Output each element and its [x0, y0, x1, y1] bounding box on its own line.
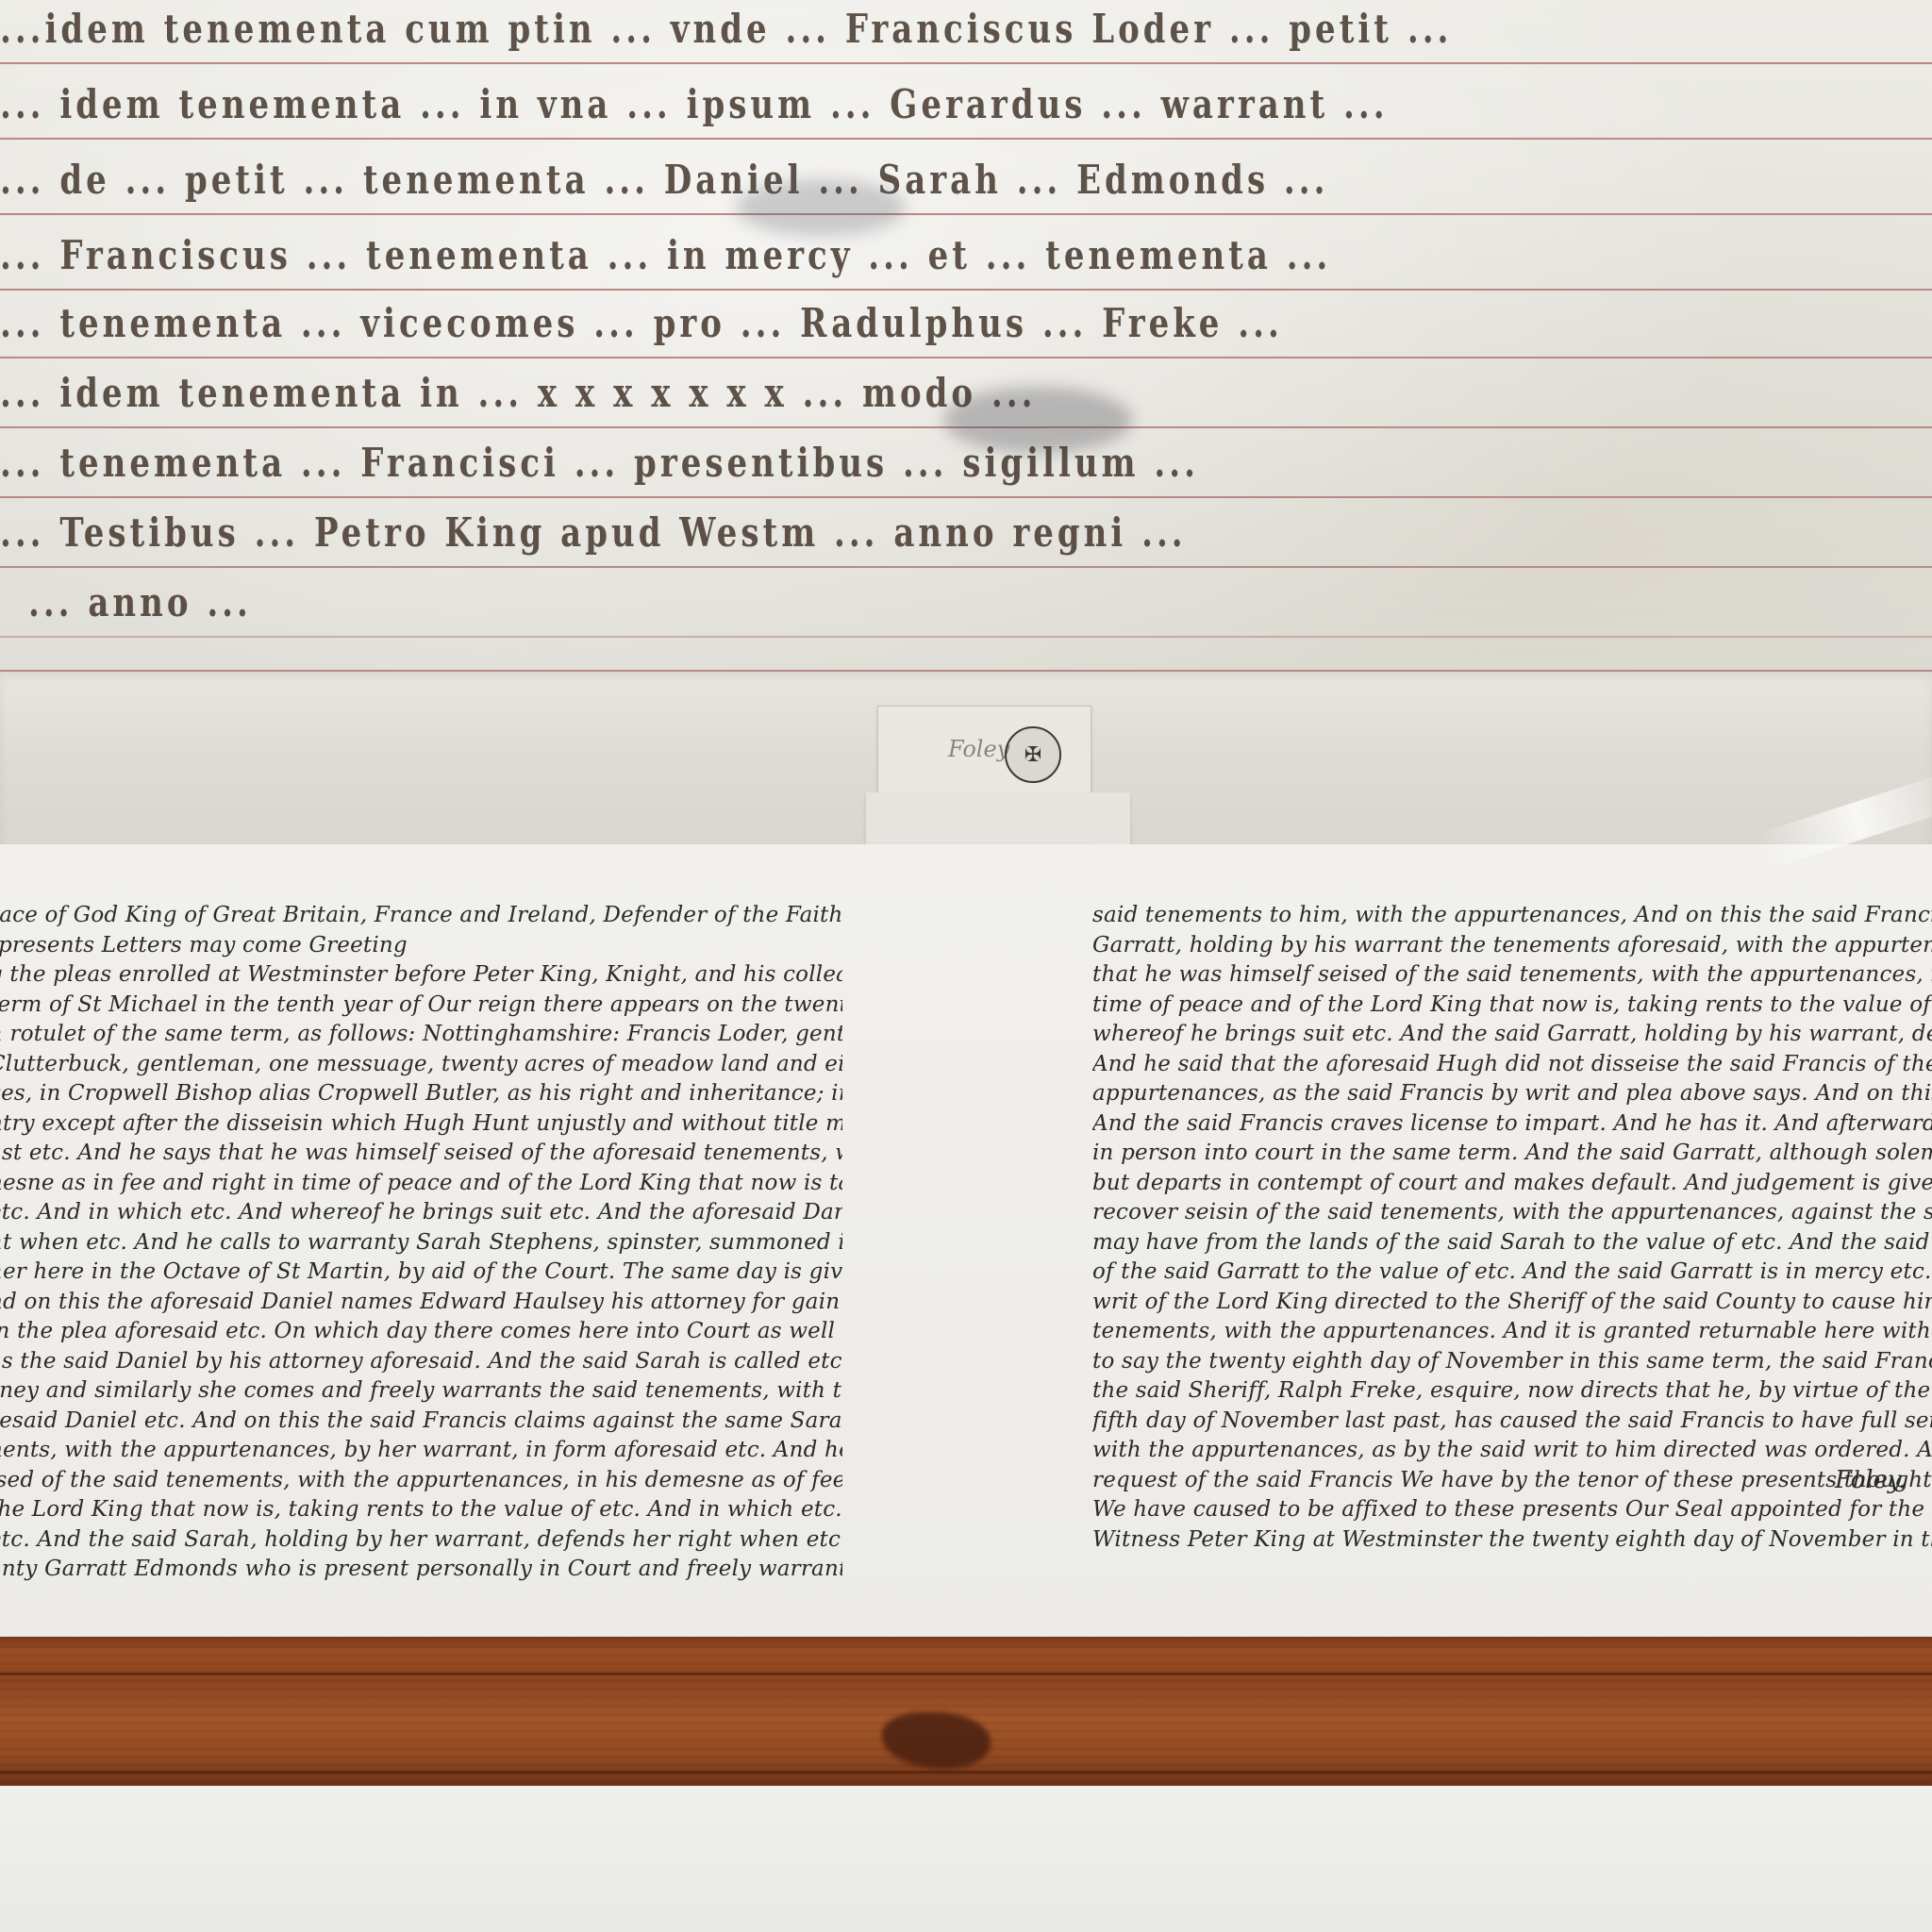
translation-line: in the plea aforesaid etc. On which day …: [0, 1317, 842, 1347]
latin-line-text: ...idem tenementa cum ptin ... vnde ... …: [0, 6, 1452, 53]
translation-line: race of God King of Great Britain, Franc…: [0, 901, 842, 931]
translation-line: writ of the Lord King directed to the Sh…: [1092, 1288, 1932, 1318]
translation-line: term of St Michael in the tenth year of …: [0, 991, 842, 1021]
clerk-signature: Foley.: [1835, 1466, 1906, 1494]
translation-line: nesne as in fee and right in time of pea…: [0, 1169, 842, 1199]
translation-line: ht when etc. And he calls to warranty Sa…: [0, 1228, 842, 1258]
tag-inscription: Foley: [948, 736, 1009, 762]
translation-right-column: said tenements to him, with the appurten…: [1092, 901, 1932, 1555]
translation-line: etc. And the said Sarah, holding by her …: [0, 1525, 842, 1556]
translation-line: but departs in contempt of court and mak…: [1092, 1169, 1932, 1199]
latin-line: ...idem tenementa cum ptin ... vnde ... …: [0, 0, 1932, 64]
latin-line: ... Testibus ... Petro King apud Westm .…: [0, 492, 1932, 568]
translation-line: nd on this the aforesaid Daniel names Ed…: [0, 1288, 842, 1318]
frame-groove: [0, 1673, 1932, 1675]
wall: [0, 1786, 1932, 1932]
translation-left-column: race of God King of Great Britain, Franc…: [0, 901, 842, 1585]
translation-line: the Lord King that now is, taking rents …: [0, 1495, 842, 1525]
translation-line: presents Letters may come Greeting: [0, 931, 842, 961]
translation-line: nents, with the appurtenances, by her wa…: [0, 1436, 842, 1466]
latin-line: ... tenementa ... vicecomes ... pro ... …: [0, 283, 1932, 358]
translation-line: fifth day of November last past, has cau…: [1092, 1407, 1932, 1437]
translation-line: tenements, with the appurtenances. And i…: [1092, 1317, 1932, 1347]
translation-line: of the said Garratt to the value of etc.…: [1092, 1257, 1932, 1288]
latin-line: ... de ... petit ... tenementa ... Danie…: [0, 140, 1932, 215]
translation-line: the said Sheriff, Ralph Freke, esquire, …: [1092, 1376, 1932, 1407]
translation-line: anty Garratt Edmonds who is present pers…: [0, 1555, 842, 1585]
latin-line-text: ... Testibus ... Petro King apud Westm .…: [0, 509, 1187, 557]
translation-line: may have from the lands of the said Sara…: [1092, 1228, 1932, 1258]
seal-tag-band: [866, 792, 1130, 849]
translation-line: ces, in Cropwell Bishop alias Cropwell B…: [0, 1079, 842, 1109]
translation-line: recover seisin of the said tenements, wi…: [1092, 1198, 1932, 1228]
translation-line: as the said Daniel by his attorney afore…: [0, 1347, 842, 1377]
translation-line: whereof he brings suit etc. And the said…: [1092, 1020, 1932, 1050]
translation-line: And he said that the aforesaid Hugh did …: [1092, 1050, 1932, 1080]
ink-stain: [943, 387, 1132, 453]
translation-line: And the said Francis craves license to i…: [1092, 1109, 1932, 1140]
translation-line: h rotulet of the same term, as follows: …: [0, 1020, 842, 1050]
translation-line: in person into court in the same term. A…: [1092, 1139, 1932, 1169]
translation-line: rney and similarly she comes and freely …: [0, 1376, 842, 1407]
translation-line: with the appurtenances, as by the said w…: [1092, 1436, 1932, 1466]
latin-line: [0, 604, 1932, 672]
latin-line: ... Franciscus ... tenementa ... in merc…: [0, 215, 1932, 291]
latin-text-block: ...idem tenementa cum ptin ... vnde ... …: [0, 0, 1932, 672]
translation-line: We have caused to be affixed to these pr…: [1092, 1495, 1932, 1525]
translation-line: g the pleas enrolled at Westminster befo…: [0, 960, 842, 991]
translation-line: Garratt, holding by his warrant the tene…: [1092, 931, 1932, 961]
latin-line-text: ... de ... petit ... tenementa ... Danie…: [0, 157, 1328, 204]
latin-line: ... idem tenementa ... in vna ... ipsum …: [0, 64, 1932, 140]
translation-line: Clutterbuck, gentleman, one messuage, tw…: [0, 1050, 842, 1080]
translation-line: time of peace and of the Lord King that …: [1092, 991, 1932, 1021]
translation-line: resaid Daniel etc. And on this the said …: [0, 1407, 842, 1437]
translation-line: etc. And in which etc. And whereof he br…: [0, 1198, 842, 1228]
translation-line: that he was himself seised of the said t…: [1092, 960, 1932, 991]
ink-stain: [736, 179, 906, 236]
translation-line: ised of the said tenements, with the app…: [0, 1466, 842, 1496]
translation-line: ast etc. And he says that he was himself…: [0, 1139, 842, 1169]
translation-line: request of the said Francis We have by t…: [1092, 1466, 1932, 1496]
translation-line: said tenements to him, with the appurten…: [1092, 901, 1932, 931]
latin-line-text: ... idem tenementa ... in vna ... ipsum …: [0, 81, 1389, 128]
latin-line-text: ... Franciscus ... tenementa ... in merc…: [0, 232, 1331, 279]
translation-line: Witness Peter King at Westminster the tw…: [1092, 1525, 1932, 1556]
latin-line-text: ... tenementa ... vicecomes ... pro ... …: [0, 300, 1283, 347]
translation-line: to say the twenty eighth day of November…: [1092, 1347, 1932, 1377]
frame-groove: [0, 1771, 1932, 1774]
translation-line: her here in the Octave of St Martin, by …: [0, 1257, 842, 1288]
english-translation: race of God King of Great Britain, Franc…: [0, 844, 1932, 1637]
latin-line-text: ... idem tenementa in ... x x x x x x x …: [0, 370, 1036, 417]
translation-line: appurtenances, as the said Francis by wr…: [1092, 1079, 1932, 1109]
round-seal-icon: ✠: [1005, 726, 1061, 783]
translation-line: ntry except after the disseisin which Hu…: [0, 1109, 842, 1140]
